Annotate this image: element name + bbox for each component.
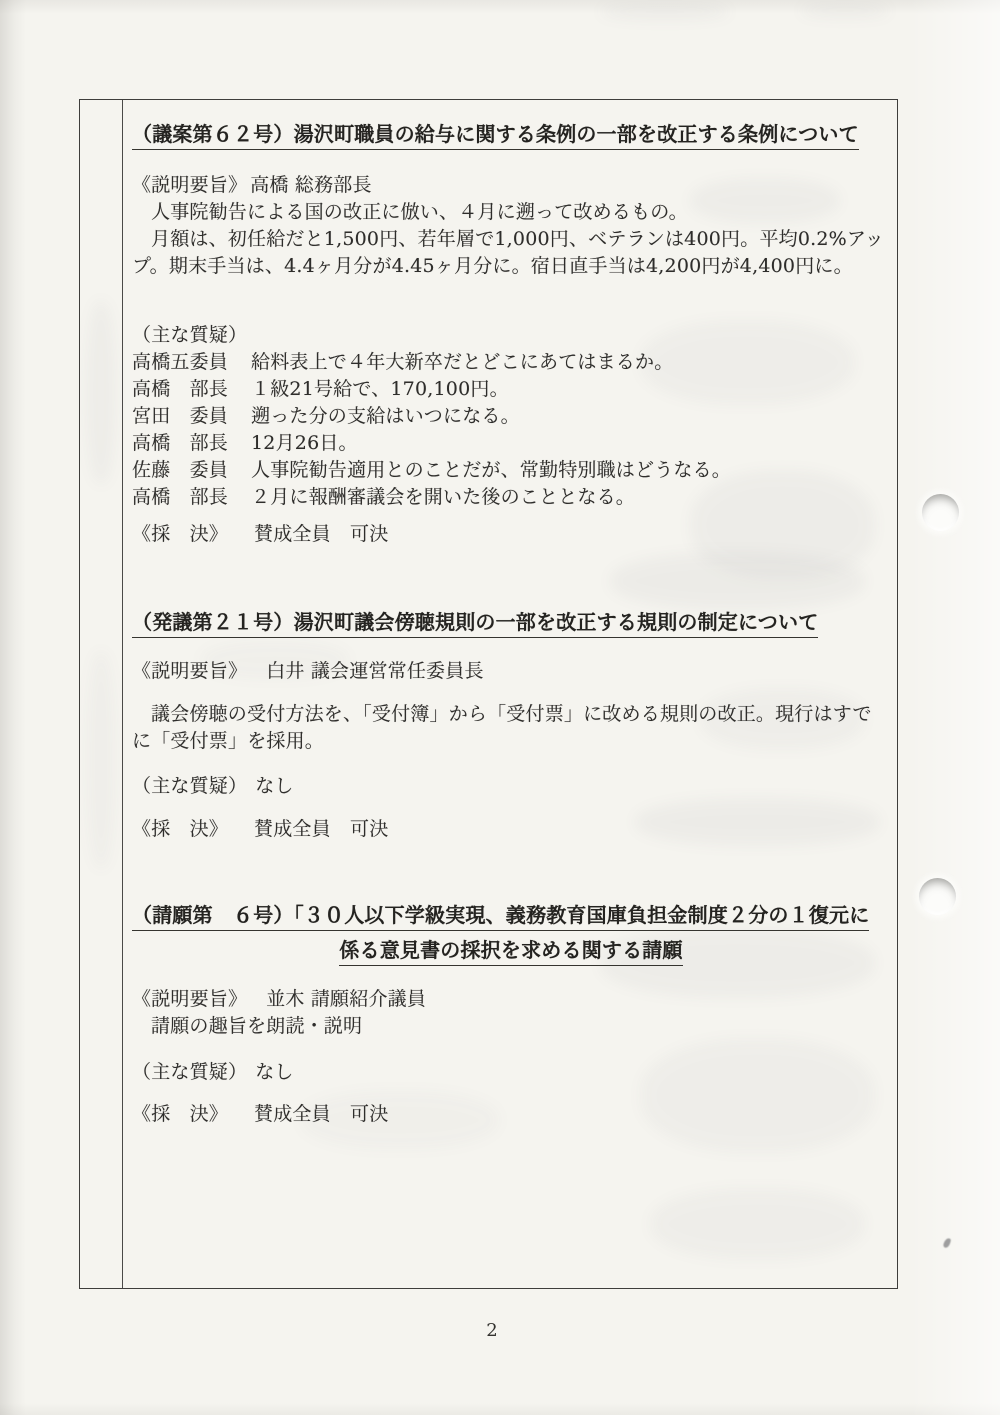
- explanation-label: 《説明要旨》: [132, 988, 247, 1010]
- section-title-bill-62: （議案第６２号）湯沢町職員の給与に関する条例の一部を改正する条例について: [132, 120, 890, 148]
- vote-result: 賛成全員 可決: [254, 1103, 388, 1125]
- frame-inner-rule: [122, 100, 123, 1288]
- vote-row: 《採 決》賛成全員 可決: [132, 816, 890, 843]
- explanation-paragraph: 人事院勧告による国の改正に倣い、４月に遡って改めるもの。: [132, 199, 890, 226]
- section-title-text: （請願第 ６号）「３０人以下学級実現、義務教育国庫負担金制度２分の１復元に: [132, 903, 869, 931]
- page-number: 2: [470, 1320, 514, 1341]
- explanation-paragraph: 請願の趣旨を朗読・説明: [132, 1013, 890, 1040]
- explanation-speaker: 白井 議会運営常任委員長: [266, 660, 483, 682]
- qa-row: 高橋 部長12月26日。: [132, 430, 890, 457]
- qa-row: 宮田 委員遡った分の支給はいつになる。: [132, 403, 890, 430]
- qa-section-label: （主な質疑）: [132, 322, 890, 349]
- qa-section-label: （主な質疑）なし: [132, 1059, 890, 1086]
- section-title-text: （発議第２１号）湯沢町議会傍聴規則の一部を改正する規則の制定について: [132, 610, 818, 638]
- explanation-header: 《説明要旨》白井 議会運営常任委員長: [132, 658, 890, 685]
- vote-row: 《採 決》賛成全員 可決: [132, 1101, 890, 1128]
- qa-statement: 12月26日。: [251, 430, 890, 457]
- vote-result: 賛成全員 可決: [254, 818, 388, 840]
- section-title-text: 係る意見書の採択を求める関する請願: [339, 938, 682, 966]
- qa-speaker: 宮田 委員: [132, 403, 251, 430]
- vote-label: 《採 決》: [132, 1103, 228, 1125]
- explanation-speaker: 高橋 総務部長: [250, 174, 371, 196]
- explanation-paragraph: 議会傍聴の受付方法を、「受付簿」から「受付票」に改める規則の改正。現行はすでに「…: [132, 701, 890, 755]
- vote-label: 《採 決》: [132, 818, 228, 840]
- vote-row: 《採 決》賛成全員 可決: [132, 521, 890, 548]
- punch-hole: [919, 878, 956, 915]
- qa-speaker: 高橋五委員: [132, 349, 251, 376]
- paper-edge-light-right: [910, 0, 1000, 1415]
- vote-result: 賛成全員 可決: [254, 523, 388, 545]
- vote-label: 《採 決》: [132, 523, 228, 545]
- punch-hole: [922, 494, 959, 531]
- qa-statement: ２月に報酬審議会を開いた後のこととなる。: [251, 484, 890, 511]
- ink-speck: [943, 1237, 952, 1248]
- bleed-through-smudge: [600, 4, 730, 20]
- qa-statement: １級21号給で、170,100円。: [251, 376, 890, 403]
- section-title-text: （議案第６２号）湯沢町職員の給与に関する条例の一部を改正する条例について: [132, 122, 859, 150]
- explanation-speaker: 並木 請願紹介議員: [266, 988, 426, 1010]
- section-title-petition-6-line1: （請願第 ６号）「３０人以下学級実現、義務教育国庫負担金制度２分の１復元に: [132, 901, 890, 929]
- qa-speaker: 佐藤 委員: [132, 457, 251, 484]
- explanation-header: 《説明要旨》並木 請願紹介議員: [132, 986, 890, 1013]
- qa-statement: 遡った分の支給はいつになる。: [251, 403, 890, 430]
- qa-speaker: 高橋 部長: [132, 484, 251, 511]
- qa-speaker: 高橋 部長: [132, 376, 251, 403]
- qa-statement: 給料表上で４年大新卒だとどこにあてはまるか。: [251, 349, 890, 376]
- minutes-content: （議案第６２号）湯沢町職員の給与に関する条例の一部を改正する条例について 《説明…: [132, 112, 890, 1128]
- qa-label: （主な質疑）: [132, 1061, 247, 1083]
- paper-edge-shadow-left: [0, 0, 26, 1415]
- qa-row: 高橋五委員給料表上で４年大新卒だとどこにあてはまるか。: [132, 349, 890, 376]
- explanation-label: 《説明要旨》: [132, 174, 247, 196]
- qa-row: 高橋 部長２月に報酬審議会を開いた後のこととなる。: [132, 484, 890, 511]
- scanned-minutes-page: （議案第６２号）湯沢町職員の給与に関する条例の一部を改正する条例について 《説明…: [0, 0, 1000, 1415]
- section-title-petition-6-line2: 係る意見書の採択を求める関する請願: [132, 936, 890, 964]
- qa-speaker: 高橋 部長: [132, 430, 251, 457]
- explanation-label: 《説明要旨》: [132, 660, 247, 682]
- section-title-motion-21: （発議第２１号）湯沢町議会傍聴規則の一部を改正する規則の制定について: [132, 608, 890, 636]
- qa-row: 佐藤 委員人事院勧告適用とのことだが、常勤特別職はどうなる。: [132, 457, 890, 484]
- qa-row: 高橋 部長１級21号給で、170,100円。: [132, 376, 890, 403]
- content-frame: （議案第６２号）湯沢町職員の給与に関する条例の一部を改正する条例について 《説明…: [79, 99, 898, 1289]
- bleed-through-smudge: [800, 4, 890, 18]
- qa-statement: 人事院勧告適用とのことだが、常勤特別職はどうなる。: [251, 457, 890, 484]
- explanation-header: 《説明要旨》高橋 総務部長: [132, 172, 890, 199]
- explanation-paragraph: 月額は、初任給だと1,500円、若年層で1,000円、ベテランは400円。平均0…: [132, 226, 890, 280]
- qa-none-text: なし: [255, 775, 293, 797]
- qa-section-label: （主な質疑）なし: [132, 773, 890, 800]
- qa-none-text: なし: [255, 1061, 293, 1083]
- paper-edge-shadow-bottom: [0, 1403, 1000, 1415]
- qa-label: （主な質疑）: [132, 775, 247, 797]
- paper-edge-shadow-top: [0, 0, 1000, 14]
